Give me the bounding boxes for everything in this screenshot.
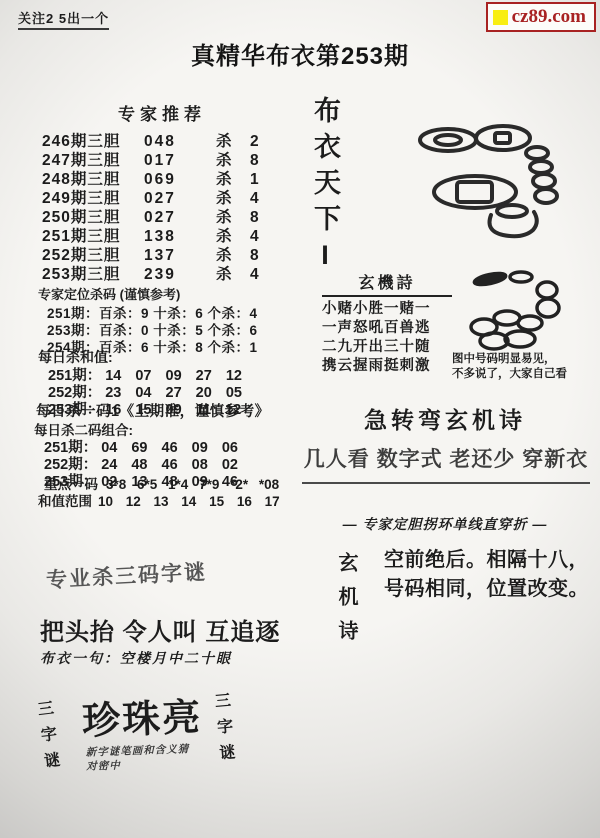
riddle-answer-note: 新字谜笔画和含义猜 对密中: [86, 742, 190, 774]
buyi-sentence: 布衣一句：空楼月中二十眼: [40, 648, 232, 668]
expert-row: 251期三胆138杀4: [42, 227, 282, 246]
xuanji-poem-vertical-label: 玄机诗: [332, 552, 361, 654]
expert-row: 248期三胆069杀1: [42, 170, 282, 189]
sharp-turn-poem-header: 急转弯玄机诗: [300, 402, 590, 435]
logo-text: cz89.com: [512, 6, 586, 28]
position-kill-header: 专家定位杀码 (谨慎参考): [38, 284, 258, 303]
expert-recommend-header: 专家推荐: [42, 100, 282, 125]
doodle-caption: 图中号码明显易见， 不多说了，大家自己看: [452, 352, 567, 382]
coin-sketch-illustration: [415, 118, 590, 268]
sharp-turn-poem-line: 几人看 数字式 老还少 穿新衣: [302, 443, 590, 484]
kill-three-code-riddle-header: 专业杀三码字谜: [45, 556, 207, 594]
top-left-note: 关注2 5出一个: [18, 8, 109, 30]
circles-doodle-illustration: [462, 264, 582, 364]
site-logo[interactable]: cz89.com: [486, 2, 596, 32]
mystery-poem-header: 玄機詩: [322, 270, 452, 297]
expert-row: 246期三胆048杀2: [42, 132, 282, 151]
position-kill-row: 251期：百杀：9 十杀：6 个杀：4: [38, 305, 258, 322]
lottery-tip-sheet: 关注2 5出一个 cz89.com 真精华布衣第253期 专家推荐 246期三胆…: [0, 0, 600, 838]
expert-row: 250期三胆027杀8: [42, 208, 282, 227]
expert-row: 252期三胆137杀8: [42, 246, 282, 265]
expert-divider-line: — 专家定胆拐环单线直穿折 —: [300, 514, 590, 534]
expert-row: 249期三胆027杀4: [42, 189, 282, 208]
riddle-line: 把头抬 令人叫 互追逐: [40, 612, 280, 647]
three-char-riddle-answer: 珍珠亮: [81, 686, 203, 745]
daily-two-code-row: 251期：04 69 46 09 06: [34, 440, 238, 457]
daily-two-code-row: 252期：24 48 46 08 02: [34, 457, 238, 474]
mystery-poem-line: 一声怒吼百兽逃: [322, 319, 452, 338]
mystery-poem-line: 小赌小胜一赌一: [322, 300, 452, 319]
expert-recommend-section: 专家推荐 246期三胆048杀2 247期三胆017杀8 248期三胆069杀1…: [42, 100, 282, 284]
mystery-poem-line: 携云握雨挺刺激: [322, 357, 452, 376]
mystery-poem-section: 玄機詩 小赌小胜一赌一 一声怒吼百兽逃 二九开出三十随 携云握雨挺刺激: [322, 270, 452, 376]
daily-sum-kill-row: 251期：14 07 09 27 12: [38, 368, 242, 385]
daily-sum-kill-header: 每日杀和值:: [38, 347, 242, 367]
three-char-riddle-label-left: 三字谜: [31, 699, 63, 779]
position-kill-section: 专家定位杀码 (谨慎参考) 251期：百杀：9 十杀：6 个杀：4 253期：百…: [38, 284, 258, 356]
sum-range-line: 和值范围10 12 13 14 15 16 17: [38, 490, 280, 510]
daily-one-code-line: 每日杀一码1《上期准，谨慎参考》: [36, 400, 270, 421]
expert-row: 247期三胆017杀8: [42, 151, 282, 170]
buyi-tianxia-vertical-title: 布衣天下I: [306, 96, 345, 279]
page-title: 真精华布衣第253期: [0, 36, 600, 71]
position-kill-row: 253期：百杀：0 十杀：5 个杀：6: [38, 322, 258, 339]
daily-two-code-header: 每日杀二码组合:: [34, 419, 238, 439]
xuanji-poem-text: 空前绝后。相隔十八， 号码相同，位置改变。: [384, 546, 589, 604]
expert-row: 253期三胆239杀4: [42, 265, 282, 284]
mystery-poem-line: 二九开出三十随: [322, 338, 452, 357]
logo-square-icon: [493, 10, 508, 25]
three-char-riddle-label-right: 三字谜: [209, 691, 239, 771]
